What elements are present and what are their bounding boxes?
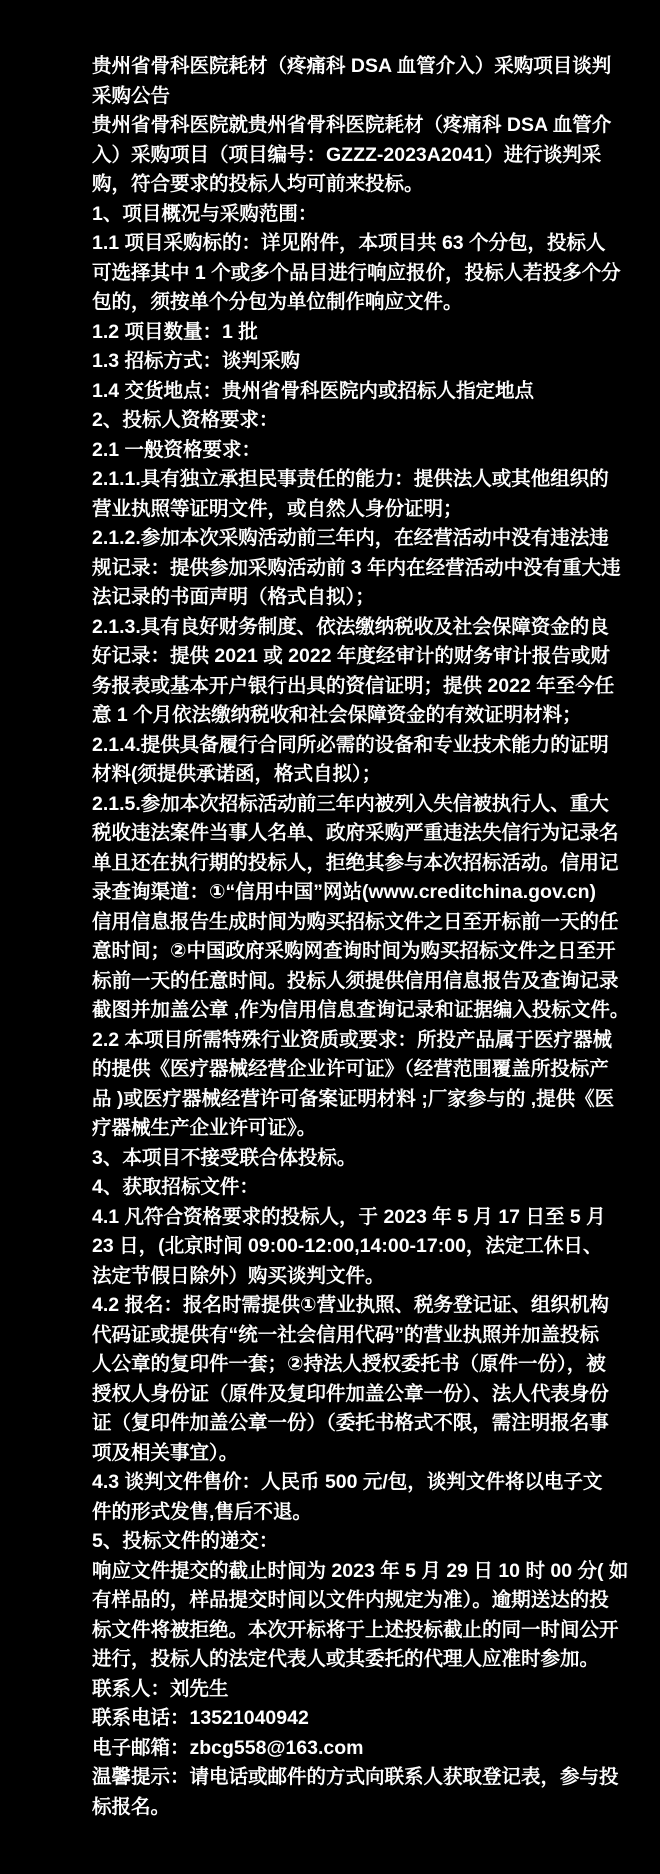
text-line: 包的，须按单个分包为单位制作响应文件。 xyxy=(92,288,572,318)
text-line: 电子邮箱：zbcg558@163.com xyxy=(92,1734,572,1764)
text-line: 录查询渠道：①“信用中国”网站(www.creditchina.gov.cn) xyxy=(92,878,572,908)
text-line: 联系电话：13521040942 xyxy=(92,1704,572,1734)
text-line: 法记录的书面声明（格式自拟）； xyxy=(92,583,572,613)
text-line: 信用信息报告生成时间为购买招标文件之日至开标前一天的任 xyxy=(92,908,572,938)
text-line: 税收违法案件当事人名单、政府采购严重违法失信行为记录名 xyxy=(92,819,572,849)
text-line: 贵州省骨科医院耗材（疼痛科 DSA 血管介入）采购项目谈判 xyxy=(92,52,572,82)
text-line: 的提供《医疗器械经营企业许可证》（经营范围覆盖所投标产 xyxy=(92,1055,572,1085)
text-line: 采购公告 xyxy=(92,82,572,112)
text-line: 入）采购项目（项目编号：GZZZ-2023A2041）进行谈判采 xyxy=(92,141,572,171)
text-line: 单且还在执行期的投标人，拒绝其参与本次招标活动。信用记 xyxy=(92,849,572,879)
text-line: 1.3 招标方式：谈判采购 xyxy=(92,347,572,377)
text-line: 好记录：提供 2021 或 2022 年度经审计的财务审计报告或财 xyxy=(92,642,572,672)
text-line: 有样品的，样品提交时间以文件内规定为准）。逾期送达的投 xyxy=(92,1586,572,1616)
text-line: 2.2 本项目所需特殊行业资质或要求：所投产品属于医疗器械 xyxy=(92,1026,572,1056)
text-line: 2、投标人资格要求： xyxy=(92,406,572,436)
text-line: 人公章的复印件一套；②持法人授权委托书（原件一份），被 xyxy=(92,1350,572,1380)
text-line: 进行，投标人的法定代表人或其委托的代理人应准时参加。 xyxy=(92,1645,572,1675)
text-line: 1.4 交货地点：贵州省骨科医院内或招标人指定地点 xyxy=(92,377,572,407)
text-line: 1、项目概况与采购范围： xyxy=(92,200,572,230)
text-line: 法定节假日除外）购买谈判文件。 xyxy=(92,1262,572,1292)
text-line: 标文件将被拒绝。本次开标将于上述投标截止的同一时间公开 xyxy=(92,1616,572,1646)
notice-page: 贵州省骨科医院耗材（疼痛科 DSA 血管介入）采购项目谈判采购公告贵州省骨科医院… xyxy=(0,0,660,1874)
text-line: 营业执照等证明文件，或自然人身份证明； xyxy=(92,495,572,525)
text-line: 务报表或基本开户银行出具的资信证明；提供 2022 年至今任 xyxy=(92,672,572,702)
text-line: 意时间；②中国政府采购网查询时间为购买招标文件之日至开 xyxy=(92,937,572,967)
text-line: 2.1.5.参加本次招标活动前三年内被列入失信被执行人、重大 xyxy=(92,790,572,820)
text-line: 项及相关事宜）。 xyxy=(92,1439,572,1469)
text-line: 1.1 项目采购标的：详见附件，本项目共 63 个分包，投标人 xyxy=(92,229,572,259)
text-line: 2.1.4.提供具备履行合同所必需的设备和专业技术能力的证明 xyxy=(92,731,572,761)
text-line: 件的形式发售,售后不退。 xyxy=(92,1498,572,1528)
procurement-notice-document: 贵州省骨科医院耗材（疼痛科 DSA 血管介入）采购项目谈判采购公告贵州省骨科医院… xyxy=(0,0,660,1874)
text-line: 疗器械生产企业许可证》。 xyxy=(92,1114,572,1144)
text-line: 1.2 项目数量：1 批 xyxy=(92,318,572,348)
text-line: 23 日，(北京时间 09:00-12:00,14:00-17:00，法定工休日… xyxy=(92,1232,572,1262)
text-line: 可选择其中 1 个或多个品目进行响应报价，投标人若投多个分 xyxy=(92,259,572,289)
text-line: 代码证或提供有“统一社会信用代码”的营业执照并加盖投标 xyxy=(92,1321,572,1351)
text-line: 4、获取招标文件： xyxy=(92,1173,572,1203)
text-line: 证（复印件加盖公章一份）（委托书格式不限，需注明报名事 xyxy=(92,1409,572,1439)
text-line: 意 1 个月依法缴纳税收和社会保障资金的有效证明材料； xyxy=(92,701,572,731)
text-line: 品 )或医疗器械经营许可备案证明材料 ;厂家参与的 ,提供《医 xyxy=(92,1085,572,1115)
text-line: 贵州省骨科医院就贵州省骨科医院耗材（疼痛科 DSA 血管介 xyxy=(92,111,572,141)
text-line: 材料(须提供承诺函，格式自拟）； xyxy=(92,760,572,790)
text-line: 温馨提示：请电话或邮件的方式向联系人获取登记表，参与投 xyxy=(92,1763,572,1793)
text-line: 2.1.2.参加本次采购活动前三年内，在经营活动中没有违法违 xyxy=(92,524,572,554)
text-line: 2.1.1.具有独立承担民事责任的能力：提供法人或其他组织的 xyxy=(92,465,572,495)
text-line: 4.3 谈判文件售价：人民币 500 元/包，谈判文件将以电子文 xyxy=(92,1468,572,1498)
text-line: 标报名。 xyxy=(92,1793,572,1823)
text-line: 截图并加盖公章 ,作为信用信息查询记录和证据编入投标文件。 xyxy=(92,996,572,1026)
text-line: 响应文件提交的截止时间为 2023 年 5 月 29 日 10 时 00 分( … xyxy=(92,1557,572,1587)
text-line: 2.1.3.具有良好财务制度、依法缴纳税收及社会保障资金的良 xyxy=(92,613,572,643)
text-line: 3、本项目不接受联合体投标。 xyxy=(92,1144,572,1174)
text-line: 标前一天的任意时间。投标人须提供信用信息报告及查询记录 xyxy=(92,967,572,997)
text-line: 4.1 凡符合资格要求的投标人，于 2023 年 5 月 17 日至 5 月 xyxy=(92,1203,572,1233)
text-line: 2.1 一般资格要求： xyxy=(92,436,572,466)
text-line: 4.2 报名：报名时需提供①营业执照、税务登记证、组织机构 xyxy=(92,1291,572,1321)
text-line: 5、投标文件的递交： xyxy=(92,1527,572,1557)
text-line: 授权人身份证（原件及复印件加盖公章一份）、法人代表身份 xyxy=(92,1380,572,1410)
text-line: 规记录：提供参加采购活动前 3 年内在经营活动中没有重大违 xyxy=(92,554,572,584)
text-line: 购，符合要求的投标人均可前来投标。 xyxy=(92,170,572,200)
text-line: 联系人：刘先生 xyxy=(92,1675,572,1705)
